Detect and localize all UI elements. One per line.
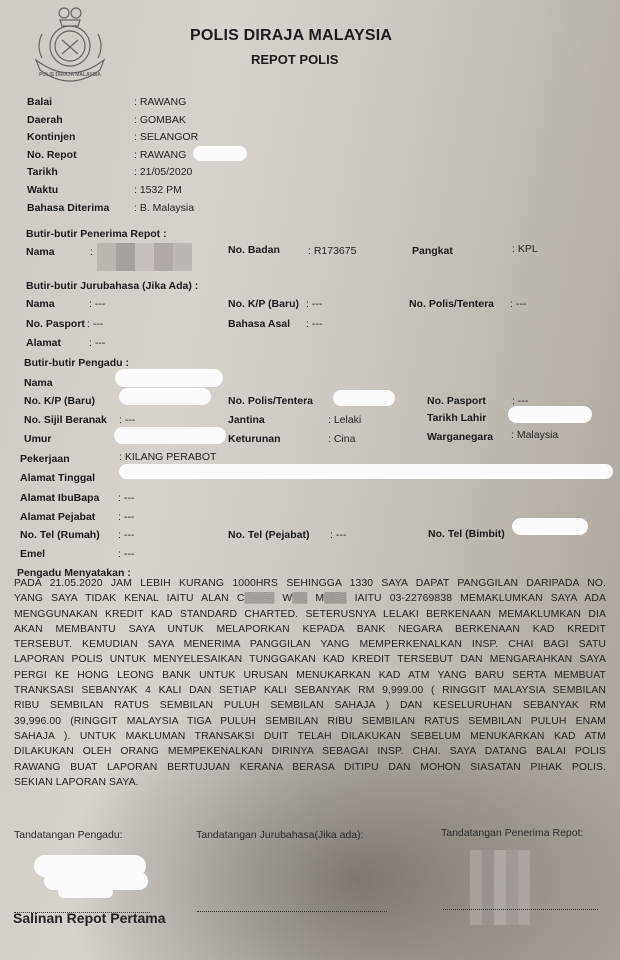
comp-tel-rumah-label: No. Tel (Rumah) (20, 529, 100, 541)
interp-nama-value: : --- (89, 298, 105, 310)
redaction-mark (58, 886, 113, 898)
sig-jurubahasa-label: Tandatangan Jurubahasa(Jika ada): (196, 829, 364, 841)
comp-polis-label: No. Polis/Tentera (228, 395, 313, 407)
document-title: POLIS DIRAJA MALAYSIA (190, 27, 392, 45)
comp-pasport-label: No. Pasport (427, 395, 486, 407)
complainant-section-title: Butir-butir Pengadu : (24, 357, 129, 369)
interp-pasport-value: : --- (87, 318, 103, 330)
comp-alamat-ibubapa-label: Alamat IbuBapa (20, 492, 99, 504)
balai-label: Balai (27, 96, 52, 108)
statement-line: PADA 21.05.2020 JAM LEBIH KURANG 1000HRS… (14, 576, 606, 591)
interp-kp-label: No. K/P (Baru) (228, 298, 299, 310)
comp-pekerjaan-label: Pekerjaan (20, 453, 70, 465)
pixelated-name (97, 243, 192, 271)
redaction-mark (193, 146, 247, 161)
comp-sijil-value: : --- (119, 414, 135, 426)
kontinjen-label: Kontinjen (27, 131, 75, 143)
statement-line: TRANKSASI SEBANYAK 4 KALI DAN SETIAP KAL… (14, 683, 606, 698)
comp-keturunan-label: Keturunan (228, 433, 281, 445)
sig-penerima-label: Tandatangan Penerima Repot: (441, 827, 583, 839)
statement-body: PADA 21.05.2020 JAM LEBIH KURANG 1000HRS… (14, 576, 606, 790)
badan-label: No. Badan (228, 244, 280, 256)
interp-alamat-label: Alamat (26, 337, 61, 349)
document-subtitle: REPOT POLIS (251, 52, 338, 67)
redaction-mark (512, 518, 588, 535)
comp-emel-value: : --- (118, 548, 134, 560)
waktu-label: Waktu (27, 184, 58, 196)
pangkat-label: Pangkat (412, 245, 453, 257)
kontinjen-value: : SELANGOR (134, 131, 198, 143)
waktu-value: : 1532 PM (134, 184, 182, 196)
receiver-section-title: Butir-butir Penerima Repot : (26, 228, 167, 240)
statement-line: TERSEBUT. KEMUDIAN SAYA MENERIMA PANGGIL… (14, 637, 606, 652)
comp-alamat-tinggal-label: Alamat Tinggal (20, 472, 95, 484)
interpreter-section-title: Butir-butir Jurubahasa (Jika Ada) : (26, 280, 198, 292)
comp-kp-label: No. K/P (Baru) (24, 395, 95, 407)
sig-penerima-line (443, 909, 598, 910)
pixelated-signature (470, 850, 530, 925)
badan-value: : R173675 (308, 245, 356, 257)
tarikh-value: : 21/05/2020 (134, 166, 192, 178)
interp-nama-label: Nama (26, 298, 55, 310)
pangkat-value: : KPL (512, 243, 538, 255)
statement-line: YANG SAYA TIDAK KENAL IAITU ALAN C▒▒▒▒ W… (14, 591, 606, 606)
redaction-mark (119, 388, 211, 405)
interp-bahasa-label: Bahasa Asal (228, 318, 290, 330)
comp-tel-pejabat-value: : --- (330, 529, 346, 541)
comp-emel-label: Emel (20, 548, 45, 560)
interp-bahasa-value: : --- (306, 318, 322, 330)
comp-warga-value: : Malaysia (511, 429, 558, 441)
redaction-mark (333, 390, 395, 406)
bahasa-value: : B. Malaysia (134, 202, 194, 214)
redaction-mark (119, 464, 613, 479)
daerah-value: : GOMBAK (134, 114, 186, 126)
bahasa-label: Bahasa Diterima (27, 202, 109, 214)
interp-alamat-value: : --- (89, 337, 105, 349)
statement-line: 39,996.00 (RINGGIT MALAYSIA TIGA PULUH S… (14, 714, 606, 729)
pdrm-crest-icon: POLIS DIRAJA MALAYSIA (28, 4, 112, 84)
statement-line: SEKIAN LAPORAN SAYA. (14, 775, 606, 790)
sig-jurubahasa-line (197, 911, 387, 912)
comp-lahir-label: Tarikh Lahir (427, 412, 486, 424)
receiver-nama-label: Nama (26, 246, 55, 258)
comp-umur-label: Umur (24, 433, 51, 445)
interp-kp-value: : --- (306, 298, 322, 310)
no-repot-label: No. Repot (27, 149, 77, 161)
comp-alamat-pejabat-label: Alamat Pejabat (20, 511, 95, 523)
no-repot-value: : RAWANG (134, 149, 186, 161)
statement-line: SAHAJA ). UNTUK MAKLUMAN TRANSAKSI DUIT … (14, 729, 606, 744)
comp-jantina-value: : Lelaki (328, 414, 361, 426)
statement-line: DILAKUKAN OLEH ORANG MEMPEKENALKAN DIRIN… (14, 744, 606, 759)
balai-value: : RAWANG (134, 96, 186, 108)
interp-polis-value: : --- (510, 298, 526, 310)
redaction-mark (114, 427, 226, 444)
daerah-label: Daerah (27, 114, 63, 126)
statement-line: PERGI KE HONG LEONG BANK UNTUK URUSAN ME… (14, 668, 606, 683)
statement-line: RAWANG BUAT LAPORAN BERTUJUAN KERANA BER… (14, 760, 606, 775)
statement-line: AKAN MEMBANTU SAYA UNTUK MELAPORKAN KEPA… (14, 622, 606, 637)
redaction-mark (115, 369, 223, 387)
comp-alamat-pejabat-value: : --- (118, 511, 134, 523)
comp-warga-label: Warganegara (427, 431, 493, 443)
comp-pekerjaan-value: : KILANG PERABOT (119, 451, 216, 463)
statement-line: MENGGUNAKAN KREDIT KAD STANDARD CHARTED.… (14, 607, 606, 622)
comp-nama-label: Nama (24, 377, 53, 389)
comp-jantina-label: Jantina (228, 414, 265, 426)
receiver-nama-value: : (90, 246, 93, 258)
comp-keturunan-value: : Cina (328, 433, 355, 445)
comp-tel-bimbit-label: No. Tel (Bimbit) (428, 528, 505, 540)
tarikh-label: Tarikh (27, 166, 58, 178)
statement-line: RIBU SEMBILAN RATUS SEMBILAN PULUH SEMBI… (14, 698, 606, 713)
sig-pengadu-label: Tandatangan Pengadu: (14, 829, 123, 841)
svg-text:POLIS DIRAJA MALAYSIA: POLIS DIRAJA MALAYSIA (39, 72, 101, 78)
redaction-mark (508, 406, 592, 423)
comp-alamat-ibubapa-value: : --- (118, 492, 134, 504)
copy-label: Salinan Repot Pertama (13, 910, 166, 926)
comp-tel-pejabat-label: No. Tel (Pejabat) (228, 529, 309, 541)
comp-tel-rumah-value: : --- (118, 529, 134, 541)
comp-sijil-label: No. Sijil Beranak (24, 414, 107, 426)
statement-line: LAPORAN POLIS UNTUK MENYELESAIKAN TUNGGA… (14, 652, 606, 667)
interp-pasport-label: No. Pasport (26, 318, 85, 330)
interp-polis-label: No. Polis/Tentera (409, 298, 494, 310)
